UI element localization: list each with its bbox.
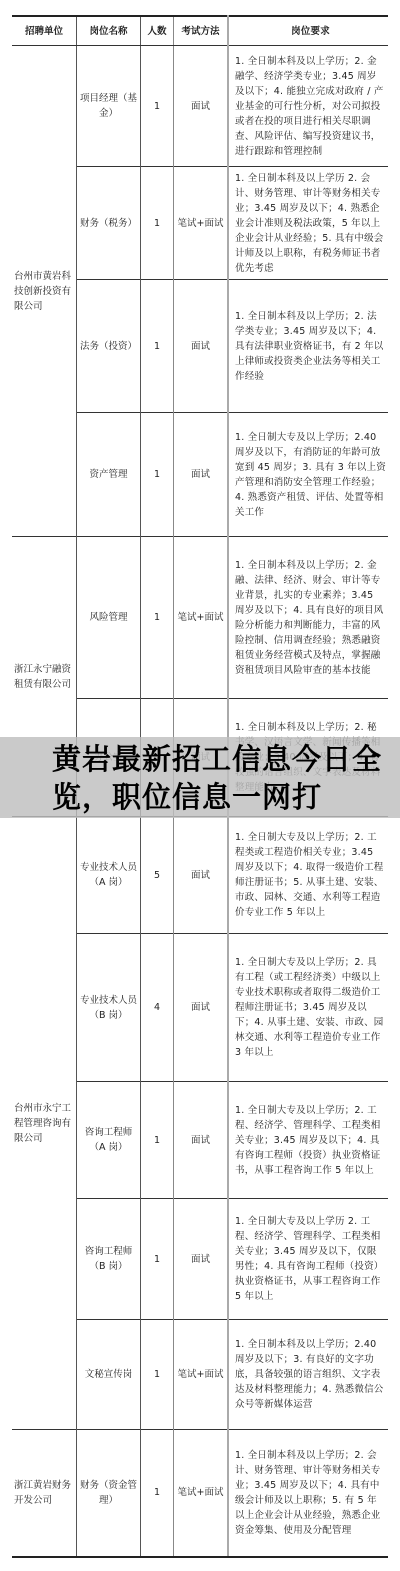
position-name: 财务（资金管理） bbox=[77, 1430, 141, 1557]
exam-method: 面试 bbox=[174, 1199, 229, 1320]
header-count: 人数 bbox=[141, 16, 174, 46]
exam-method: 笔试+面试 bbox=[174, 1320, 229, 1430]
position-count: 1 bbox=[141, 413, 174, 537]
position-requirements: 1. 全日制本科及以上学历；2. 金融、法律、经济、财会、审计等专业背景，扎实的… bbox=[228, 537, 388, 699]
position-count: 1 bbox=[141, 1430, 174, 1557]
position-count: 1 bbox=[141, 167, 174, 280]
position-requirements: 1. 全日制大专及以上学历；2. 工程、经济学、管理科学、工程类相关专业；3.4… bbox=[228, 1082, 388, 1199]
unit-cell: 台州市永宁工程管理咨询有限公司 bbox=[12, 817, 77, 1430]
position-requirements: 1. 全日制本科及以上学历；2. 会计、财务管理、审计等财务相关专业；3.45 … bbox=[228, 1430, 388, 1557]
header-unit: 招聘单位 bbox=[12, 16, 77, 46]
position-requirements: 1. 全日制本科及以上学历；2. 金融学、经济学类专业；3.45 周岁及以下；4… bbox=[228, 46, 388, 167]
exam-method: 面试 bbox=[174, 817, 229, 934]
position-requirements: 1. 全日制本科及以上学历；2. 法学类专业；3.45 周岁及以下；4. 具有法… bbox=[228, 280, 388, 413]
position-name: 项目经理（基金） bbox=[77, 46, 141, 167]
table-row: 台州市黄岩科技创新投资有限公司 项目经理（基金） 1 面试 1. 全日制本科及以… bbox=[12, 46, 388, 167]
position-name: 专业技术人员（B 岗） bbox=[77, 934, 141, 1082]
header-exam-method: 考试方法 bbox=[174, 16, 229, 46]
position-name: 专业技术人员（A 岗） bbox=[77, 817, 141, 934]
position-requirements: 1. 全日制本科及以上学历 2. 会计、财务管理、审计等财务相关专业；3.45 … bbox=[228, 167, 388, 280]
position-name: 咨询工程师（B 岗） bbox=[77, 1199, 141, 1320]
position-requirements: 1. 全日制大专及以上学历；2. 工程类或工程造价相关专业；3.45 周岁及以下… bbox=[228, 817, 388, 934]
table-row: 台州市永宁工程管理咨询有限公司 专业技术人员（A 岗） 5 面试 1. 全日制大… bbox=[12, 817, 388, 934]
exam-method: 笔试+面试 bbox=[174, 537, 229, 699]
headline-title: 黄岩最新招工信息今日全览，职位信息一网打 bbox=[52, 740, 400, 816]
exam-method: 面试 bbox=[174, 280, 229, 413]
position-name: 风险管理 bbox=[77, 537, 141, 699]
position-name: 文秘宣传岗 bbox=[77, 1320, 141, 1430]
header-requirements: 岗位要求 bbox=[228, 16, 388, 46]
position-name: 财务（税务） bbox=[77, 167, 141, 280]
table-row: 浙江黄岩财务开发公司 财务（资金管理） 1 笔试+面试 1. 全日制本科及以上学… bbox=[12, 1430, 388, 1557]
position-count: 1 bbox=[141, 537, 174, 699]
exam-method: 面试 bbox=[174, 934, 229, 1082]
position-count: 5 bbox=[141, 817, 174, 934]
position-requirements: 1. 全日制大专及以上学历；2. 具有工程（或工程经济类）中级以上专业技术职称或… bbox=[228, 934, 388, 1082]
exam-method: 笔试+面试 bbox=[174, 1430, 229, 1557]
position-requirements: 1. 全日制大专及以上学历 2. 工程、经济学、管理科学、工程类相关专业；3.4… bbox=[228, 1199, 388, 1320]
table-header-row: 招聘单位 岗位名称 人数 考试方法 岗位要求 bbox=[12, 16, 388, 46]
position-count: 4 bbox=[141, 934, 174, 1082]
header-position-name: 岗位名称 bbox=[77, 16, 141, 46]
position-count: 1 bbox=[141, 1082, 174, 1199]
unit-cell: 台州市黄岩科技创新投资有限公司 bbox=[12, 46, 77, 537]
position-count: 1 bbox=[141, 46, 174, 167]
exam-method: 笔试+面试 bbox=[174, 167, 229, 280]
headline-banner: 黄岩最新招工信息今日全览，职位信息一网打 bbox=[0, 737, 400, 818]
position-name: 资产管理 bbox=[77, 413, 141, 537]
exam-method: 面试 bbox=[174, 413, 229, 537]
position-count: 1 bbox=[141, 1199, 174, 1320]
position-requirements: 1. 全日制本科及以上学历；2.40 周岁及以下；3. 有良好的文字功底，具备较… bbox=[228, 1320, 388, 1430]
exam-method: 面试 bbox=[174, 46, 229, 167]
position-name: 咨询工程师（A 岗） bbox=[77, 1082, 141, 1199]
table-row: 浙江永宁融资租赁有限公司 风险管理 1 笔试+面试 1. 全日制本科及以上学历；… bbox=[12, 537, 388, 699]
position-name: 法务（投资） bbox=[77, 280, 141, 413]
exam-method: 面试 bbox=[174, 1082, 229, 1199]
unit-cell: 浙江黄岩财务开发公司 bbox=[12, 1430, 77, 1557]
position-count: 1 bbox=[141, 1320, 174, 1430]
position-count: 1 bbox=[141, 280, 174, 413]
position-requirements: 1. 全日制大专及以上学历；2.40 周岁及以下，有消防证的年龄可放宽到 45 … bbox=[228, 413, 388, 537]
